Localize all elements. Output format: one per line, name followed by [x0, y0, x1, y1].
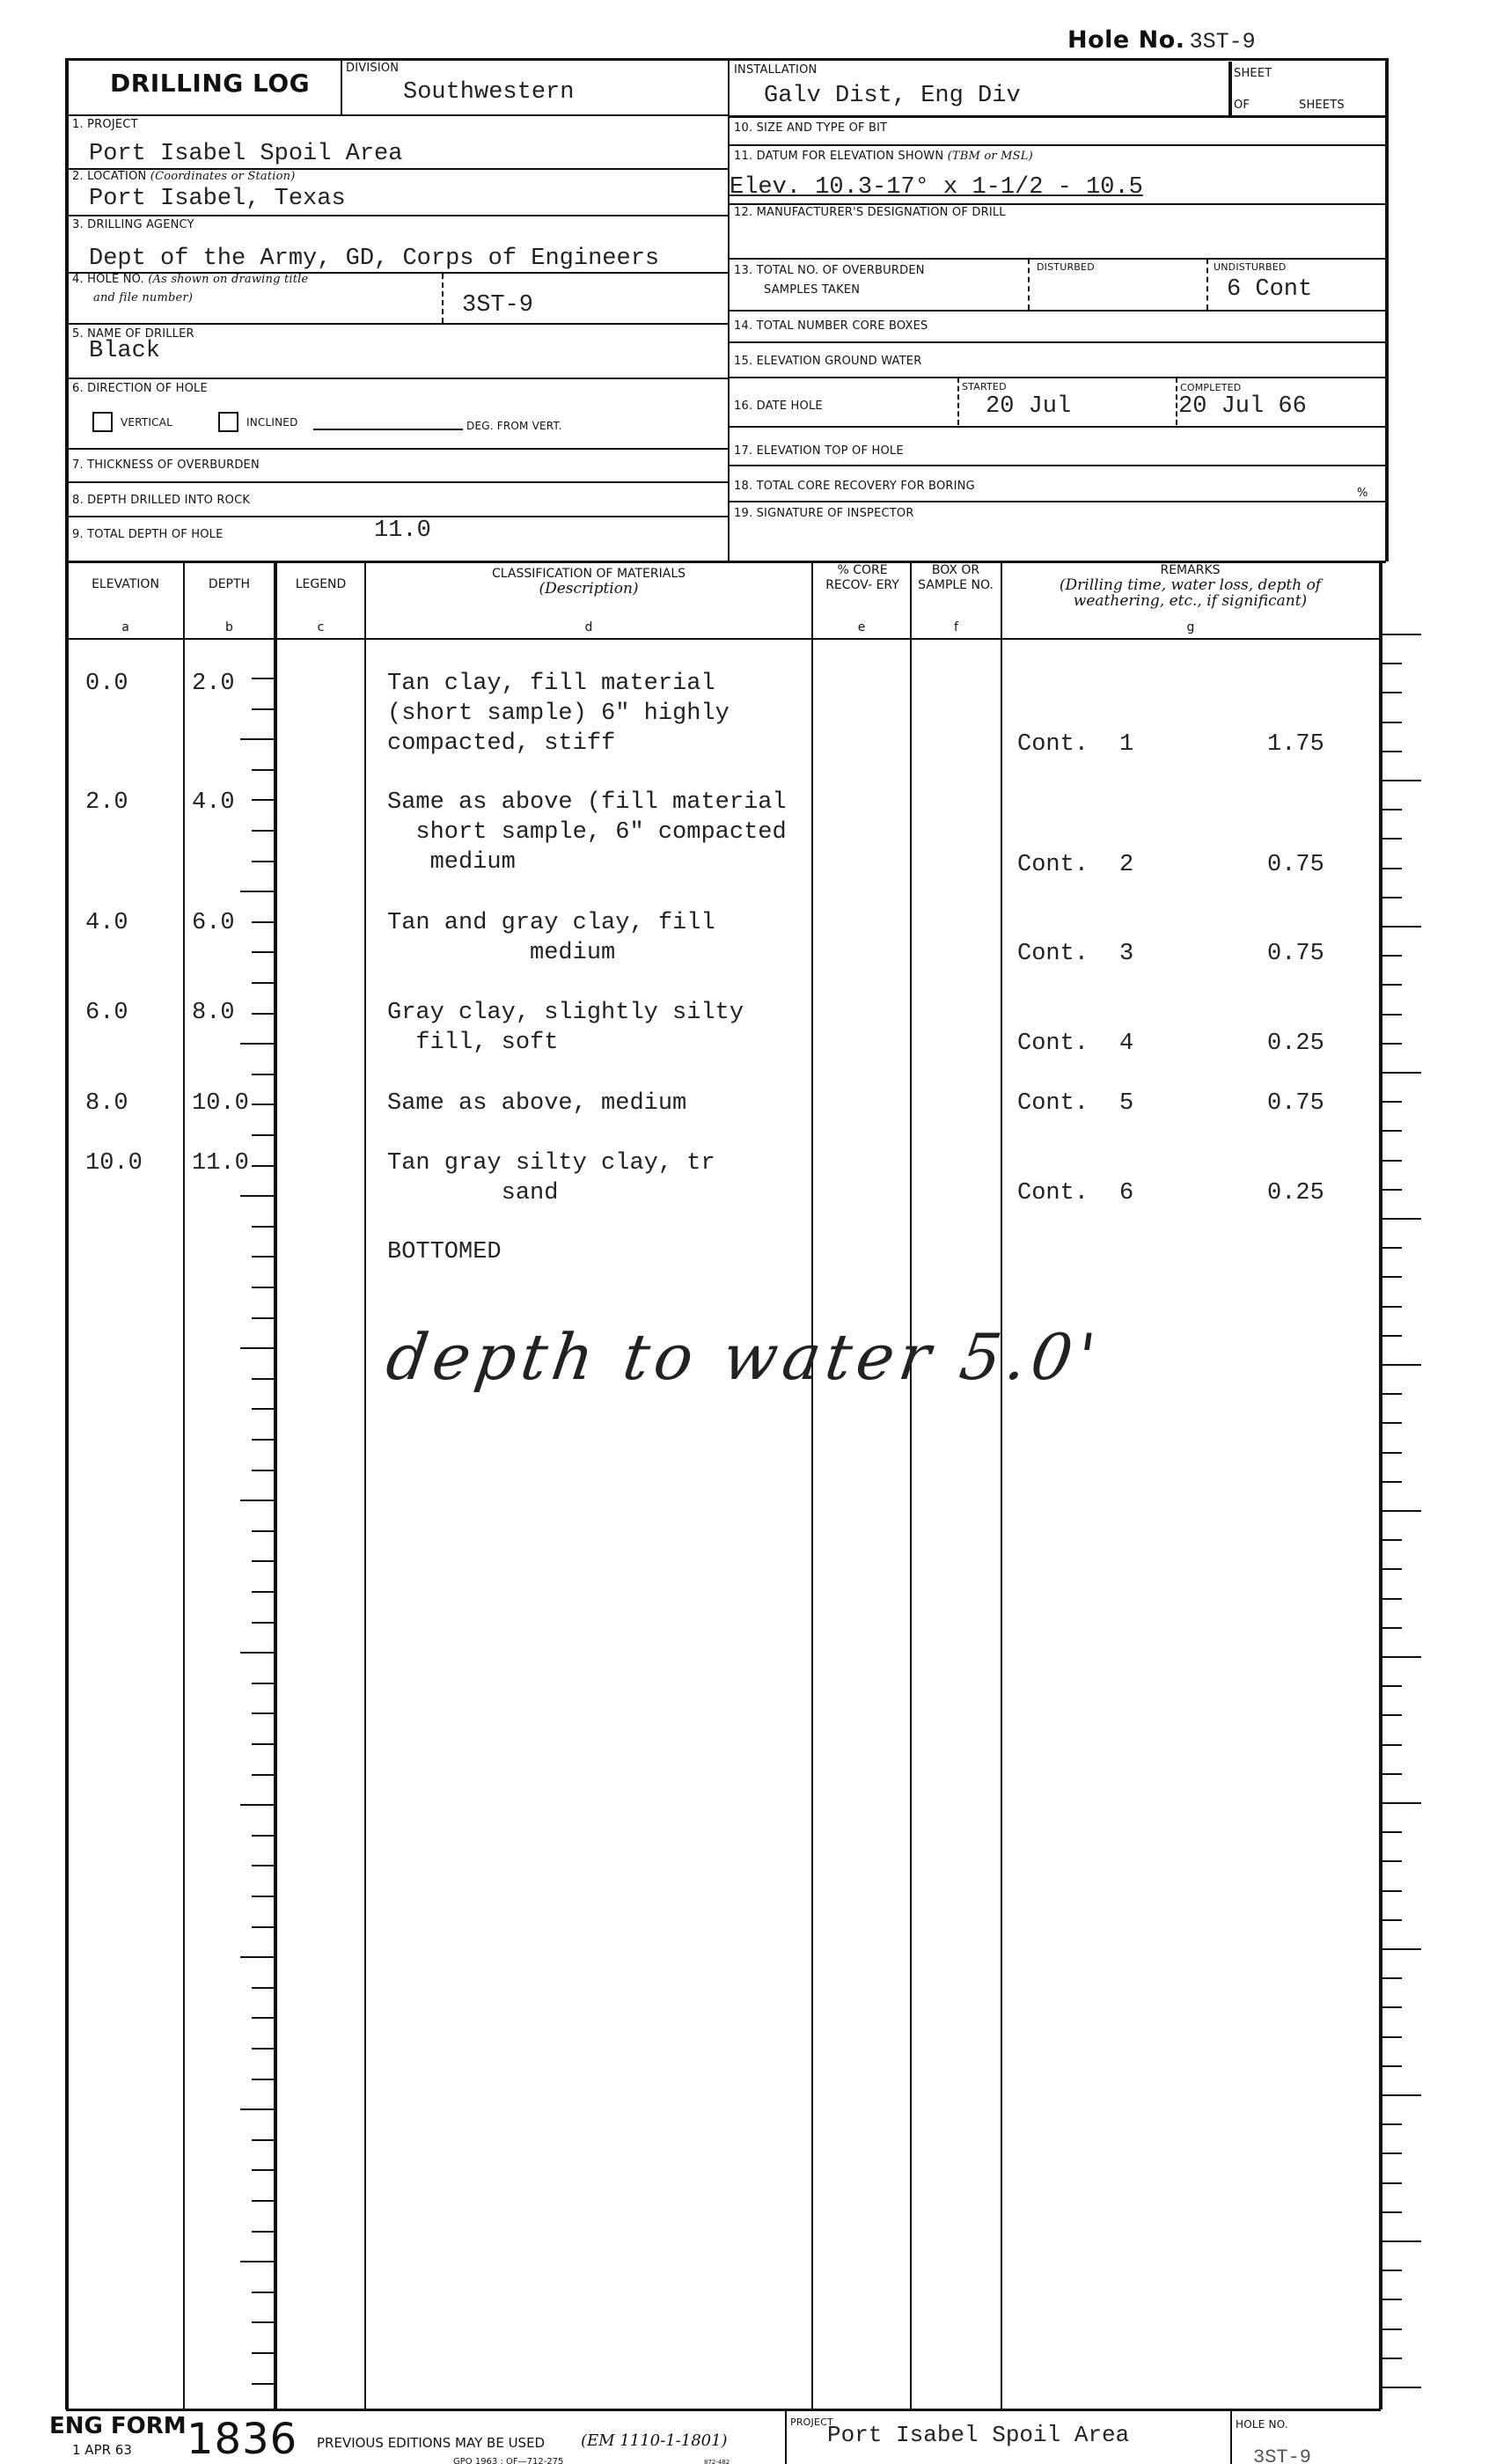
remark-label: Cont. — [1017, 1029, 1089, 1059]
core-boxes-label: 14. TOTAL NUMBER CORE BOXES — [734, 319, 928, 333]
bottomed-note: BOTTOMED — [387, 1237, 502, 1267]
top-elev-label: 17. ELEVATION TOP OF HOLE — [734, 444, 904, 458]
direction-label: 6. DIRECTION OF HOLE — [72, 382, 208, 395]
bit-label: 10. SIZE AND TYPE OF BIT — [734, 121, 887, 135]
footer-hole-value: 3ST-9 — [1253, 2446, 1311, 2464]
col-depth: DEPTH — [185, 577, 274, 592]
project-field[interactable]: Port Isabel Spoil Area — [89, 141, 402, 167]
completed-label-text: COMPLETED — [1180, 381, 1241, 394]
description-line: compacted, stiff — [387, 729, 615, 759]
rock-label: 8. DEPTH DRILLED INTO ROCK — [72, 494, 250, 507]
remark-value: 0.75 — [1267, 850, 1324, 880]
remark-label: Cont. — [1017, 939, 1089, 969]
started-field[interactable]: 20 Jul — [986, 393, 1071, 420]
elevation-cell: 2.0 — [85, 788, 128, 818]
undisturbed-label: UNDISTURBED — [1214, 260, 1287, 274]
sample-number: 5 — [1119, 1089, 1133, 1118]
division-value: Southwestern — [403, 79, 574, 106]
em-reference: (EM 1110-1-1801) — [581, 2431, 728, 2450]
elevation-cell: 0.0 — [85, 669, 128, 699]
hole-no-label: Hole No. — [1067, 26, 1185, 54]
eng-form-label: ENG FORM — [49, 2413, 187, 2439]
location-label: 2. LOCATION (Coordinates or Station) — [72, 170, 296, 183]
hole-field[interactable]: 3ST-9 — [462, 292, 533, 319]
remark-value: 0.75 — [1267, 1089, 1324, 1118]
depth-cell: 4.0 — [192, 788, 235, 818]
remark-label: Cont. — [1017, 850, 1089, 880]
overburden-label: 7. THICKNESS OF OVERBURDEN — [72, 458, 260, 472]
depth-cell: 10.0 — [192, 1089, 249, 1118]
ground-water-label: 15. ELEVATION GROUND WATER — [734, 355, 921, 368]
division-label: DIVISION — [346, 62, 399, 75]
remark-value: 0.25 — [1267, 1178, 1324, 1208]
form-number: 1836 — [187, 2415, 297, 2464]
undisturbed-field[interactable]: 6 Cont — [1227, 276, 1312, 303]
project-label: 1. PROJECT — [72, 118, 138, 131]
handwritten-water-note: depth to water 5.0' — [382, 1320, 1105, 1394]
agency-label: 3. DRILLING AGENCY — [72, 218, 194, 231]
vertical-checkbox[interactable] — [92, 412, 113, 432]
gpo-note: GPO 1963 : OF—712-275 — [453, 2457, 563, 2464]
form-date: 1 APR 63 — [72, 2442, 132, 2458]
description-line: sand — [387, 1178, 558, 1208]
inspector-label: 19. SIGNATURE OF INSPECTOR — [734, 507, 914, 520]
footer-hole-label: HOLE NO. — [1236, 2418, 1288, 2431]
editions-note: PREVIOUS EDITIONS MAY BE USED — [317, 2435, 545, 2451]
completed-field[interactable]: 20 Jul 66 — [1178, 393, 1307, 420]
col-core-recovery: % CORE RECOV- ERY — [824, 563, 901, 593]
description-line: Tan clay, fill material — [387, 669, 715, 699]
remark-label: Cont. — [1017, 1089, 1089, 1118]
of-label: OF — [1234, 99, 1250, 112]
sheet-label: SHEET — [1234, 67, 1272, 80]
footer-project-value: Port Isabel Spoil Area — [827, 2422, 1129, 2448]
driller-field[interactable]: Black — [89, 338, 160, 364]
total-depth-label: 9. TOTAL DEPTH OF HOLE — [72, 528, 224, 541]
depth-cell: 2.0 — [192, 669, 235, 699]
samples-label-2: SAMPLES TAKEN — [764, 283, 860, 297]
location-field[interactable]: Port Isabel, Texas — [89, 186, 346, 212]
installation-label: INSTALLATION — [734, 63, 817, 77]
col-legend: LEGEND — [277, 577, 364, 592]
sample-number: 3 — [1119, 939, 1133, 969]
description-line: medium — [387, 847, 516, 877]
depth-cell: 6.0 — [192, 908, 235, 938]
sample-number: 1 — [1119, 730, 1133, 759]
date-label: 16. DATE HOLE — [734, 400, 823, 413]
sample-number: 4 — [1119, 1029, 1133, 1059]
description-line: Same as above, medium — [387, 1089, 686, 1118]
datum-field[interactable]: Elev. 10.3-17° x 1-1/2 - 10.5 — [730, 174, 1143, 201]
depth-cell: 8.0 — [192, 998, 235, 1028]
inclined-degree-input[interactable] — [313, 429, 463, 430]
col-box-sample: BOX OR SAMPLE NO. — [915, 563, 996, 593]
percent-sign: % — [1357, 487, 1368, 500]
vertical-label: VERTICAL — [121, 416, 172, 429]
remark-label: Cont. — [1017, 730, 1089, 759]
description-line: short sample, 6" compacted — [387, 818, 787, 847]
col-letter-c: c — [277, 620, 364, 634]
col-remarks: REMARKS (Drilling time, water loss, dept… — [1012, 563, 1368, 610]
description-line: Tan gray silty clay, tr — [387, 1148, 715, 1178]
samples-label: 13. TOTAL NO. OF OVERBURDEN — [734, 264, 925, 277]
deg-label: DEG. FROM VERT. — [466, 420, 562, 433]
remark-label: Cont. — [1017, 1178, 1089, 1208]
elevation-cell: 6.0 — [85, 998, 128, 1028]
description-line: (short sample) 6" highly — [387, 699, 730, 729]
remark-value: 0.75 — [1267, 939, 1324, 969]
hole-label: 4. HOLE NO. (As shown on drawing title — [72, 273, 308, 286]
col-letter-a: a — [68, 620, 183, 634]
col-classification: CLASSIFICATION OF MATERIALS (Description… — [366, 567, 811, 598]
col-letter-e: e — [813, 620, 910, 634]
col-letter-f: f — [912, 620, 1001, 634]
datum-label: 11. DATUM FOR ELEVATION SHOWN (TBM or MS… — [734, 150, 1033, 163]
description-line: Gray clay, slightly silty — [387, 998, 744, 1028]
elevation-cell: 10.0 — [85, 1148, 143, 1178]
print-code: 872-482 — [704, 2459, 730, 2464]
installation-value: Galv Dist, Eng Div — [764, 83, 1021, 109]
remark-value: 0.25 — [1267, 1029, 1324, 1059]
elevation-cell: 4.0 — [85, 908, 128, 938]
remark-value: 1.75 — [1267, 730, 1324, 759]
col-elevation: ELEVATION — [68, 577, 183, 592]
core-recovery-label: 18. TOTAL CORE RECOVERY FOR BORING — [734, 480, 975, 493]
started-label: STARTED — [962, 380, 1007, 393]
form-title: DRILLING LOG — [110, 69, 310, 98]
description-line: medium — [387, 938, 615, 968]
agency-field[interactable]: Dept of the Army, GD, Corps of Engineers — [89, 246, 659, 272]
sheets-label: SHEETS — [1299, 99, 1345, 112]
depth-cell: 11.0 — [192, 1148, 249, 1178]
description-line: Same as above (fill material — [387, 788, 787, 818]
description-line: fill, soft — [387, 1028, 558, 1058]
col-letter-d: d — [366, 620, 811, 634]
inclined-label: INCLINED — [246, 416, 298, 429]
hole-no-value: 3ST-9 — [1190, 29, 1256, 55]
hole-hint: and file number) — [93, 291, 193, 304]
top-hole-number: Hole No. 3ST-9 — [1067, 26, 1256, 55]
description-line: Tan and gray clay, fill — [387, 908, 715, 938]
elevation-cell: 8.0 — [85, 1089, 128, 1118]
disturbed-label: DISTURBED — [1037, 260, 1095, 274]
col-letter-b: b — [185, 620, 274, 634]
inclined-checkbox[interactable] — [218, 412, 238, 432]
col-letter-g: g — [1002, 620, 1379, 634]
drill-label: 12. MANUFACTURER'S DESIGNATION OF DRILL — [734, 206, 1006, 219]
sample-number: 2 — [1119, 850, 1133, 880]
sample-number: 6 — [1119, 1178, 1133, 1208]
total-depth-field[interactable]: 11.0 — [374, 517, 431, 544]
